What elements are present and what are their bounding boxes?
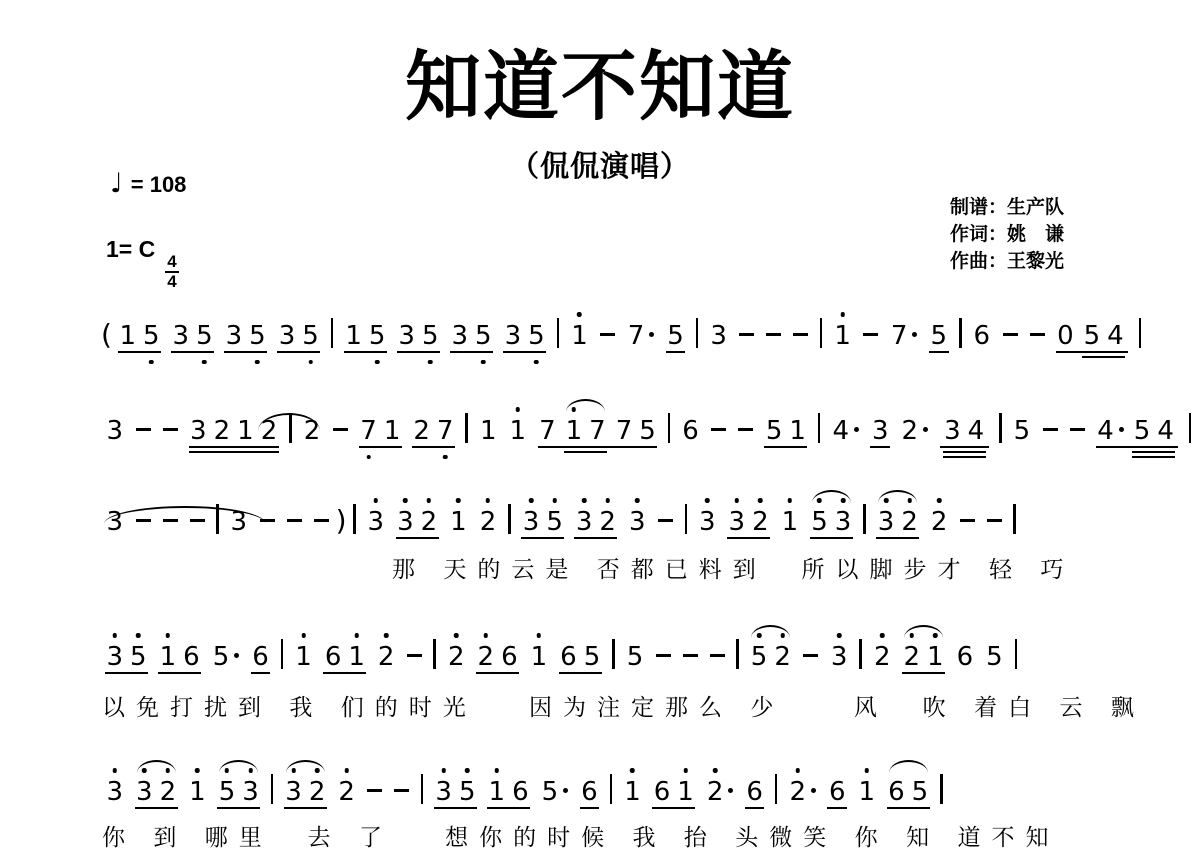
note: 5 [1130,415,1154,447]
beam-underline [666,351,686,353]
note-group: 3 [103,415,127,447]
note-group: 16 [156,641,203,673]
high-octave-dot [456,498,461,503]
beam-underline [810,537,853,539]
duration-dash [656,654,671,658]
note: 5 [664,320,688,352]
notation-line: 33)3321235323332153322 [100,504,1021,538]
note-digit: 5 [542,776,559,808]
note: 3 [133,776,157,808]
note-digit: 3 [729,506,746,538]
note-digit: 3 [878,506,895,538]
note: 5 [808,506,832,538]
note-digit: 2 [707,776,724,808]
note: 5 [418,320,442,352]
beam-underline [344,351,387,353]
beam-underline [450,351,493,353]
low-octave-dot [428,360,433,365]
note-group: 5 [983,641,1007,673]
note-digit: 2 [599,506,616,538]
note-digit: 1 [348,641,365,673]
beam-underline [574,537,617,539]
note-digit: 5 [930,320,947,352]
note-digit: 5 [369,320,386,352]
note-digit: 1 [566,415,583,447]
note-group: 6 [679,415,703,447]
note-digit: 3 [136,776,153,808]
note-digit: 5 [912,776,929,808]
note: 5 [525,320,549,352]
tempo-marking: ♩= 108 [110,168,186,199]
note-digit: 2 [774,641,791,673]
note-group: 27 [410,415,457,447]
note-group: 4 [829,415,863,447]
note-digit: 5 [475,320,492,352]
beam-underline [1056,351,1129,353]
note-group: 2 [786,776,820,808]
note: 3 [222,320,246,352]
note-group: 1 [831,320,855,352]
note-digit: 3 [397,506,414,538]
note: 1 [156,641,180,673]
note: 1 [186,776,210,808]
note-digit: 2 [874,641,891,673]
note-digit: 5 [627,641,644,673]
note-group: 6 [249,641,273,673]
note: 3 [725,506,749,538]
note-digit: 3 [242,776,259,808]
duration-dash [658,519,673,523]
note-group: 054 [1054,320,1131,352]
note-group: 3 [827,641,851,673]
note-digit: 3 [398,320,415,352]
beam-underline [217,807,260,809]
duration-dash [803,654,818,658]
note-digit: 2 [309,776,326,808]
note-digit: 3 [629,506,646,538]
note-group: 2 [335,776,359,808]
note-digit: 2 [903,641,920,673]
note: 2 [703,776,737,808]
beam-underline [277,351,320,353]
note-digit: 2 [931,506,948,538]
slur-arc [286,760,325,773]
beam-underline [397,351,440,353]
high-octave-dot [683,768,688,773]
note-digit: 2 [448,641,465,673]
note-group: 5 [623,641,647,673]
note-group: 7 [887,320,921,352]
note: 7 [624,320,658,352]
barline [736,639,739,669]
low-octave-dot [308,360,313,365]
note-digit: 2 [480,506,497,538]
high-octave-dot [837,633,842,638]
note-group: 2 [476,506,500,538]
note-digit: 5 [811,506,828,538]
note-group: 52 [747,641,794,673]
note-digit: 2 [413,415,430,447]
duration-dash [960,519,975,523]
note-group: 7 [624,320,658,352]
note-digit: 5 [143,320,160,352]
note-group: 51 [762,415,809,447]
notation-line: 33212271271171775651432345454 [100,413,1197,447]
note-digit: 2 [421,506,438,538]
note-group: 1 [527,641,551,673]
duration-dash [766,333,781,337]
time-signature-numerator: 4 [165,253,178,273]
jianpu-sheet: 知道不知道 （侃侃演唱） ♩= 108 1= C44 制谱：生产队 作词：姚 谦… [0,0,1200,850]
note: 3 [827,641,851,673]
note-group: 5 [538,776,572,808]
high-octave-dot [552,498,557,503]
note-group: 3 [364,506,388,538]
note-digit: 1 [510,415,527,447]
augmentation-dot [1119,427,1124,432]
note-digit: 6 [682,415,699,447]
parenthesis: ) [336,505,347,537]
beam-underline [580,807,600,809]
high-octave-dot [635,498,640,503]
note-digit: 6 [654,776,671,808]
high-octave-dot [136,633,141,638]
beam-underline [521,537,564,539]
note-group: 17 [562,415,609,447]
note-digit: 6 [746,776,763,808]
note: 3 [364,506,388,538]
note: 4 [1094,415,1128,447]
barline [1013,504,1016,534]
high-octave-dot [582,498,587,503]
note-group: 2 [444,641,468,673]
credits: 制谱：生产队 作词：姚 谦 作曲：王黎光 [950,194,1064,275]
note: 5 [1010,415,1034,447]
barline [940,774,943,804]
note: 3 [868,415,892,447]
note-group: 3 [103,506,127,538]
duration-dash [1043,428,1058,432]
note-digit: 5 [986,641,1003,673]
low-octave-dot [375,360,380,365]
high-octave-dot [384,633,389,638]
duration-dash [683,654,698,658]
note: 2 [474,641,498,673]
note-group: 2 [898,415,932,447]
note-group: 5 [1010,415,1034,447]
note: 2 [374,641,398,673]
beam-underline [1132,451,1175,453]
note: 5 [1080,320,1104,352]
note-digit: 3 [944,415,961,447]
note-group: 1 [621,776,645,808]
note-group: 5 [664,320,688,352]
note: 5 [927,320,951,352]
high-octave-dot [113,768,118,773]
note: 6 [578,776,602,808]
note-group: 16 [485,776,532,808]
beam-underline [929,351,949,353]
note-digit: 3 [279,320,296,352]
high-octave-dot [495,768,500,773]
note-digit: 6 [183,641,200,673]
notation-line: 3321533223516561612626165 [100,774,948,808]
augmentation-dot [649,332,654,337]
note: 3 [394,506,418,538]
note-digit: 7 [437,415,454,447]
note-group: 15 [116,320,163,352]
quarter-note-icon: ♩ [110,168,123,199]
note: 3 [239,776,263,808]
beam-underline [251,672,271,674]
high-octave-dot [427,498,432,503]
note-digit: 5 [528,320,545,352]
note: 3 [572,506,596,538]
barline [685,504,688,534]
barline [508,504,511,534]
note: 2 [305,776,329,808]
note: 4 [1154,415,1178,447]
note-digit: 4 [1157,415,1174,447]
note: 7 [536,415,560,447]
note-digit: 3 [505,320,522,352]
note: 3 [448,320,472,352]
note: 1 [485,776,509,808]
note-digit: 2 [214,415,231,447]
note-digit: 3 [699,506,716,538]
note: 5 [209,641,243,673]
note: 2 [898,506,922,538]
note-digit: 7 [360,415,377,447]
note-group: 35 [501,320,548,352]
note-digit: 1 [237,415,254,447]
barline [1015,639,1018,669]
note-digit: 1 [789,415,806,447]
note-digit: 2 [338,776,355,808]
note-digit: 5 [1014,415,1031,447]
high-octave-dot [403,498,408,503]
note-digit: 5 [667,320,684,352]
note-digit: 5 [1134,415,1151,447]
note: 1 [855,776,879,808]
note-digit: 5 [422,320,439,352]
note-group: 32 [133,776,180,808]
note-group: 2 [703,776,737,808]
duration-dash [738,428,753,432]
note-digit: 1 [859,776,876,808]
high-octave-dot [486,498,491,503]
duration-dash [314,519,329,523]
beam-underline [1096,446,1179,448]
high-octave-dot [713,768,718,773]
augmentation-dot [563,788,568,793]
beam-underline [434,807,477,809]
note: 3 [519,506,543,538]
key-prefix: 1= C [106,236,155,262]
note-digit: 1 [782,506,799,538]
note: 3 [282,776,306,808]
note: 7 [612,415,636,447]
slur-arc [812,490,851,503]
note-digit: 7 [616,415,633,447]
note: 2 [335,776,359,808]
note-group: 5 [927,320,951,352]
note-group: 3 [707,320,731,352]
note-digit: 3 [285,776,302,808]
note: 3 [275,320,299,352]
note: 5 [983,641,1007,673]
beam-underline [538,446,658,448]
note: 5 [538,776,572,808]
beam-underline [323,672,366,674]
note-digit: 5 [639,415,656,447]
note-digit: 3 [452,320,469,352]
note-digit: 2 [378,641,395,673]
note-digit: 6 [560,641,577,673]
note-group: 65 [557,641,604,673]
note-group: 54 [1130,415,1177,447]
barline [1139,318,1142,348]
duration-dash [793,333,808,337]
note-digit: 7 [628,320,645,352]
note: 2 [870,641,894,673]
note: 2 [927,506,951,538]
note: 2 [898,415,932,447]
note: 5 [580,641,604,673]
note-group: 6 [970,320,994,352]
note: 5 [472,320,496,352]
duration-dash [739,333,754,337]
beam-underline [118,351,161,353]
barline [610,774,613,804]
note: 3 [227,506,251,538]
note: 1 [345,641,369,673]
duration-dash [367,789,382,793]
note-digit: 1 [295,641,312,673]
note-digit: 3 [173,320,190,352]
note: 5 [762,415,786,447]
note-group: 3 [227,506,251,538]
note: 3 [103,415,127,447]
note-digit: 6 [581,776,598,808]
note-digit: 6 [252,641,269,673]
note: 3 [395,320,419,352]
beam-underline [412,446,455,448]
note-digit: 7 [891,320,908,352]
note: 6 [180,641,204,673]
note-digit: 3 [368,506,385,538]
note: 1 [506,415,530,447]
note-group: 1 [447,506,471,538]
note-digit: 2 [902,415,919,447]
high-octave-dot [374,498,379,503]
note-group: 1 [292,641,316,673]
note-group: 34 [941,415,988,447]
note: 1 [778,506,802,538]
note: 3 [707,320,731,352]
note: 2 [749,506,773,538]
note: 3 [831,506,855,538]
note-group: 32 [725,506,772,538]
note: 3 [625,506,649,538]
high-octave-dot [195,768,200,773]
beam-underline [1132,456,1175,458]
augmentation-dot [854,427,859,432]
note: 6 [650,776,674,808]
note: 2 [300,415,324,447]
high-octave-dot [795,768,800,773]
beam-underline [564,451,607,453]
note-group: 2 [927,506,951,538]
beam-underline [503,351,546,353]
note: 5 [127,641,151,673]
note-digit: 6 [888,776,905,808]
credit-lyricist: 作词：姚 谦 [950,221,1064,248]
duration-dash [1070,428,1085,432]
note-group: 2 [870,641,894,673]
slur-arc [137,760,176,773]
note-digit: 3 [835,506,852,538]
note: 7 [586,415,610,447]
high-octave-dot [735,498,740,503]
note: 2 [596,506,620,538]
note: 1 [342,320,366,352]
beam-underline [135,807,178,809]
note: 6 [953,641,977,673]
note: 6 [885,776,909,808]
note-digit: 7 [589,415,606,447]
note: 7 [357,415,381,447]
high-octave-dot [465,768,470,773]
tempo-value: = 108 [131,172,187,197]
note: 3 [103,776,127,808]
duration-dash [600,333,615,337]
note-digit: 4 [1097,415,1114,447]
high-octave-dot [937,498,942,503]
high-octave-dot [166,633,171,638]
high-octave-dot [301,633,306,638]
note: 1 [380,415,404,447]
barline [271,774,274,804]
augmentation-dot [912,332,917,337]
note-digit: 1 [384,415,401,447]
duration-dash [333,428,348,432]
beam-underline [189,451,279,453]
beam-underline [876,537,919,539]
note: 1 [447,506,471,538]
note-digit: 1 [677,776,694,808]
note-digit: 1 [119,320,136,352]
beam-underline [224,351,267,353]
notation-line: (153535351535353517531756054 [100,318,1147,352]
note-digit: 1 [160,641,177,673]
slur-arc [889,760,928,773]
note-group: 35 [432,776,479,808]
note: 3 [696,506,720,538]
note-group: 2 [374,641,398,673]
note-digit: 3 [523,506,540,538]
duration-dash [287,519,302,523]
note-digit: 2 [901,506,918,538]
duration-dash [394,789,409,793]
note-digit: 3 [107,506,124,538]
beam-underline [764,446,807,448]
low-octave-dot [366,455,371,460]
duration-dash [163,428,178,432]
high-octave-dot [840,312,845,317]
note-digit: 2 [789,776,806,808]
note: 1 [621,776,645,808]
